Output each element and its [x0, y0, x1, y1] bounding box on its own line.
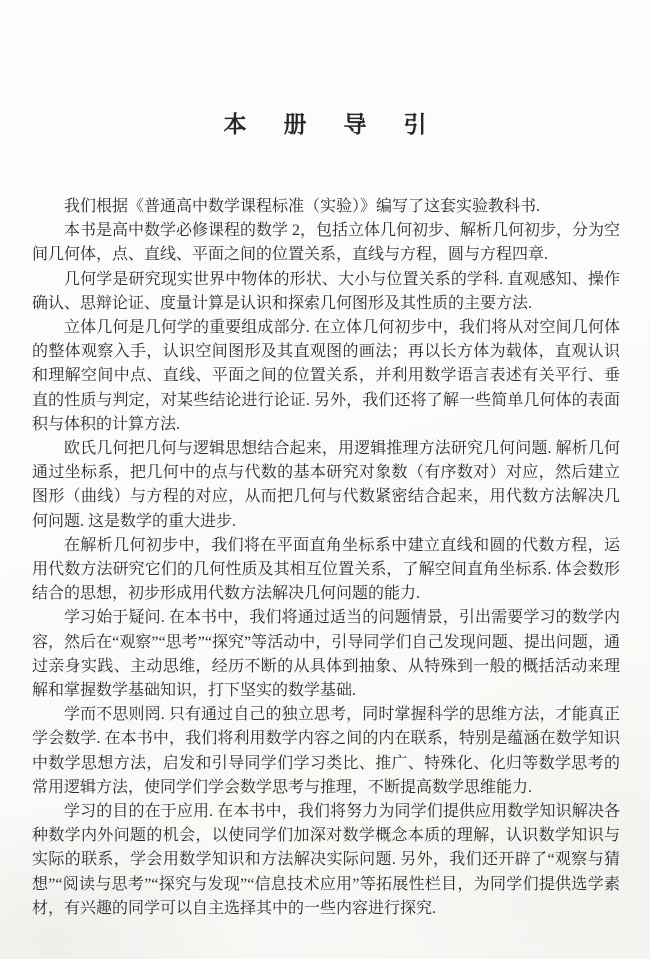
paragraph: 欧氏几何把几何与逻辑思想结合起来，用逻辑推理方法研究几何问题. 解析几何通过坐标… [32, 437, 620, 534]
paragraph: 本书是高中数学必修课程的数学 2，包括立体几何初步、解析几何初步，分为空间几何体… [32, 219, 620, 267]
body-text: 我们根据《普通高中数学课程标准（实验）》编写了这套实验教科书. 本书是高中数学必… [32, 195, 620, 921]
paragraph: 学而不思则罔. 只有通过自己的独立思考，同时掌握科学的思维方法，才能真正学会数学… [32, 703, 620, 800]
paragraph: 学习始于疑问. 在本书中，我们将通过适当的问题情景，引出需要学习的数学内容，然后… [32, 606, 620, 703]
textbook-page: 本 册 导 引 我们根据《普通高中数学课程标准（实验）》编写了这套实验教科书. … [0, 0, 650, 959]
page-title: 本 册 导 引 [0, 0, 650, 139]
paragraph: 立体几何是几何学的重要组成部分. 在立体几何初步中，我们将从对空间几何体的整体观… [32, 316, 620, 437]
paragraph: 我们根据《普通高中数学课程标准（实验）》编写了这套实验教科书. [32, 195, 620, 219]
paragraph: 几何学是研究现实世界中物体的形状、大小与位置关系的学科. 直观感知、操作确认、思… [32, 268, 620, 316]
paragraph: 在解析几何初步中，我们将在平面直角坐标系中建立直线和圆的代数方程，运用代数方法研… [32, 534, 620, 607]
paragraph: 学习的目的在于应用. 在本书中，我们将努力为同学们提供应用数学知识解决各种数学内… [32, 800, 620, 921]
